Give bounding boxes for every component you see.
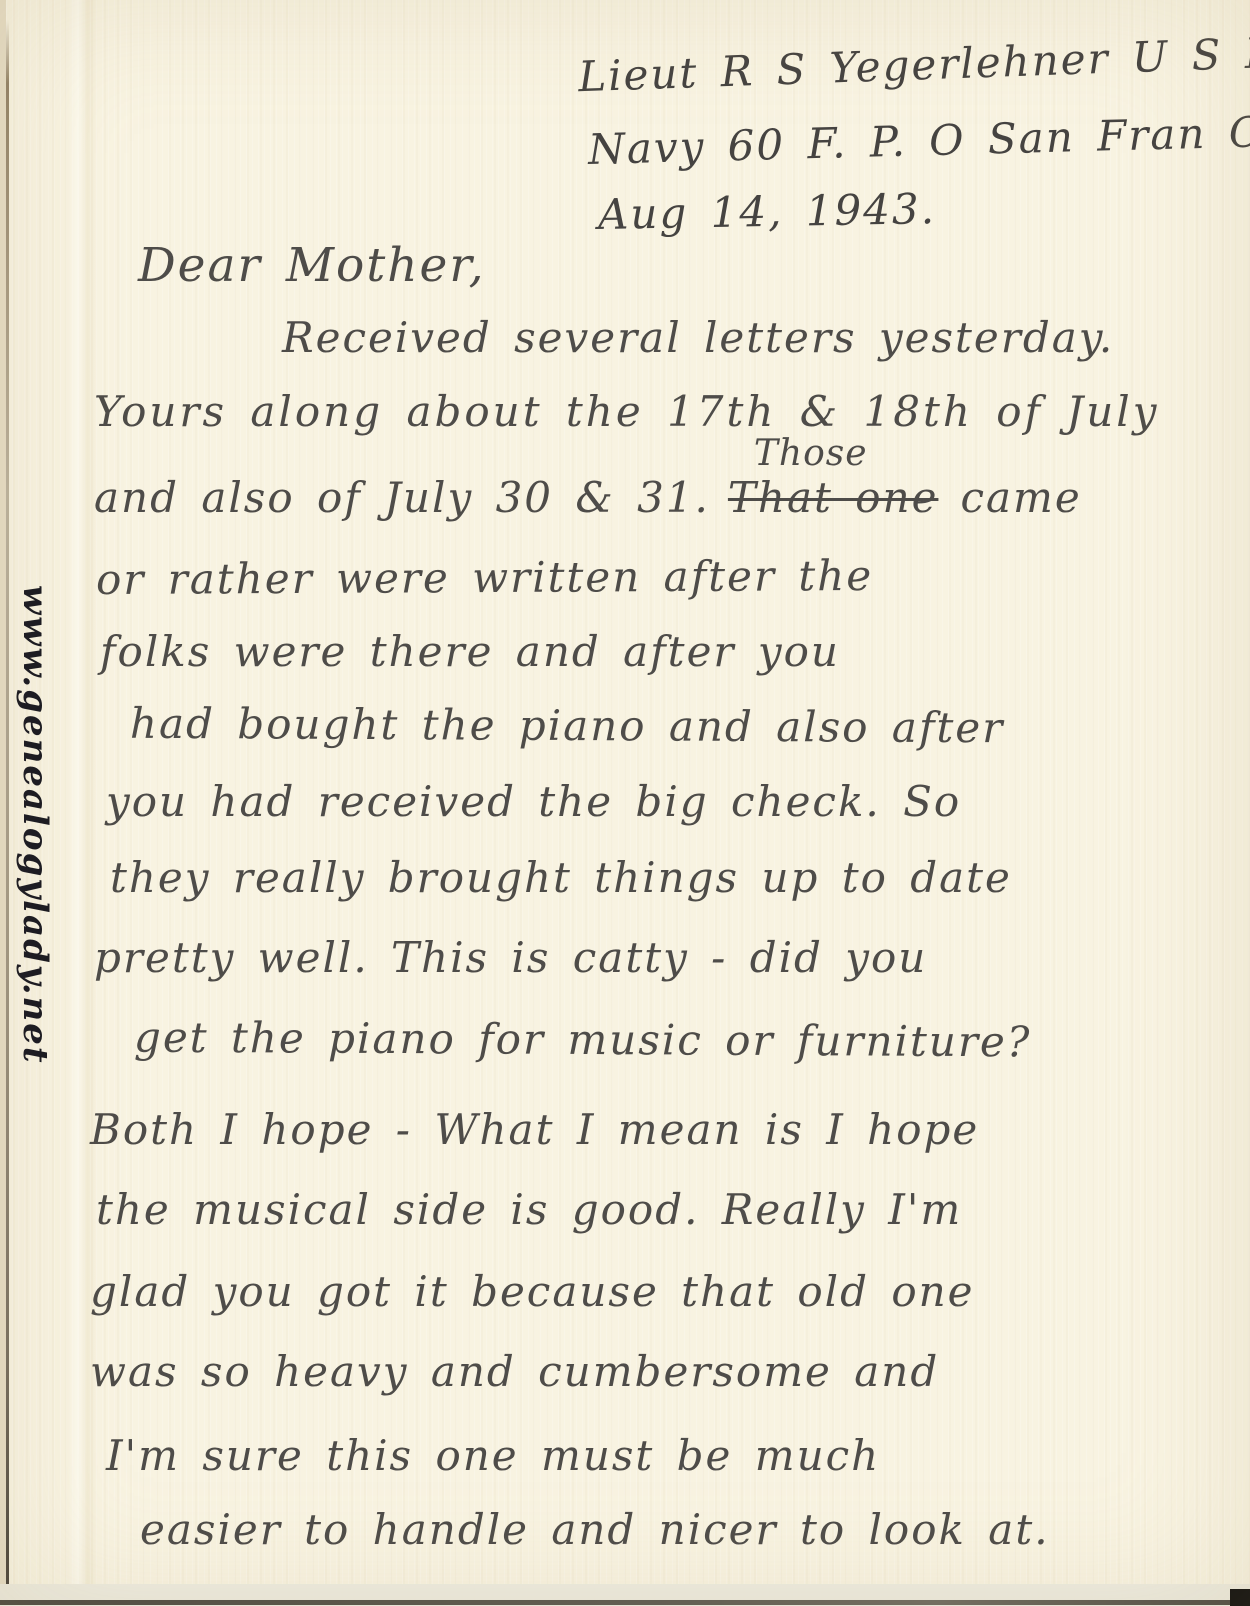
body-line-4: or rather were written after the <box>96 548 873 608</box>
struck-out-text: That one <box>728 473 939 522</box>
body-line-14: was so heavy and cumbersome and <box>90 1344 939 1400</box>
header-sender-line: Lieut R S Yegerlehner U S R N <box>577 23 1250 106</box>
header-address-line: Navy 60 F. P. O San Fran Calif. <box>587 102 1250 178</box>
inserted-correction-text: Those <box>754 435 868 473</box>
body-line-13: glad you got it because that old one <box>90 1264 975 1320</box>
body-line-1: Received several letters yesterday. <box>282 310 1114 366</box>
body-line-5: folks were there and after you <box>100 624 840 680</box>
body-line-9: pretty well. This is catty - did you <box>94 930 927 986</box>
scan-corner-black-block <box>1230 1589 1250 1606</box>
body-line-6: had bought the piano and also after <box>130 696 1005 757</box>
body-line-7: you had received the big check. So <box>106 774 961 830</box>
body-line-3-pre: and also of July 30 & 31. <box>94 473 710 522</box>
body-line-10: get the piano for music or furniture? <box>134 1010 1032 1071</box>
body-line-12: the musical side is good. Really I'm <box>96 1182 962 1238</box>
body-line-15: I'm sure this one must be much <box>106 1428 880 1484</box>
letter-scan-page: www.genealogylady.net Lieut R S Yegerleh… <box>0 0 1250 1606</box>
header-date-line: Aug 14, 1943. <box>598 181 937 243</box>
body-line-11: Both I hope - What I mean is I hope <box>90 1102 979 1158</box>
body-line-2: Yours along about the 17th & 18th of Jul… <box>94 384 1159 440</box>
corrected-phrase: That oneThose <box>728 473 939 522</box>
body-line-3-post: came <box>960 473 1081 522</box>
body-line-16: easier to handle and nicer to look at. <box>140 1502 1050 1558</box>
scan-bottom-edge-line <box>0 1600 1250 1605</box>
body-line-8: they really brought things up to date <box>110 850 1012 906</box>
salutation: Dear Mother, <box>138 238 486 294</box>
watermark-url: www.genealogylady.net <box>15 585 55 1065</box>
scan-left-edge-shadow <box>6 20 9 1598</box>
body-line-3: and also of July 30 & 31.That oneThoseca… <box>94 470 1082 526</box>
